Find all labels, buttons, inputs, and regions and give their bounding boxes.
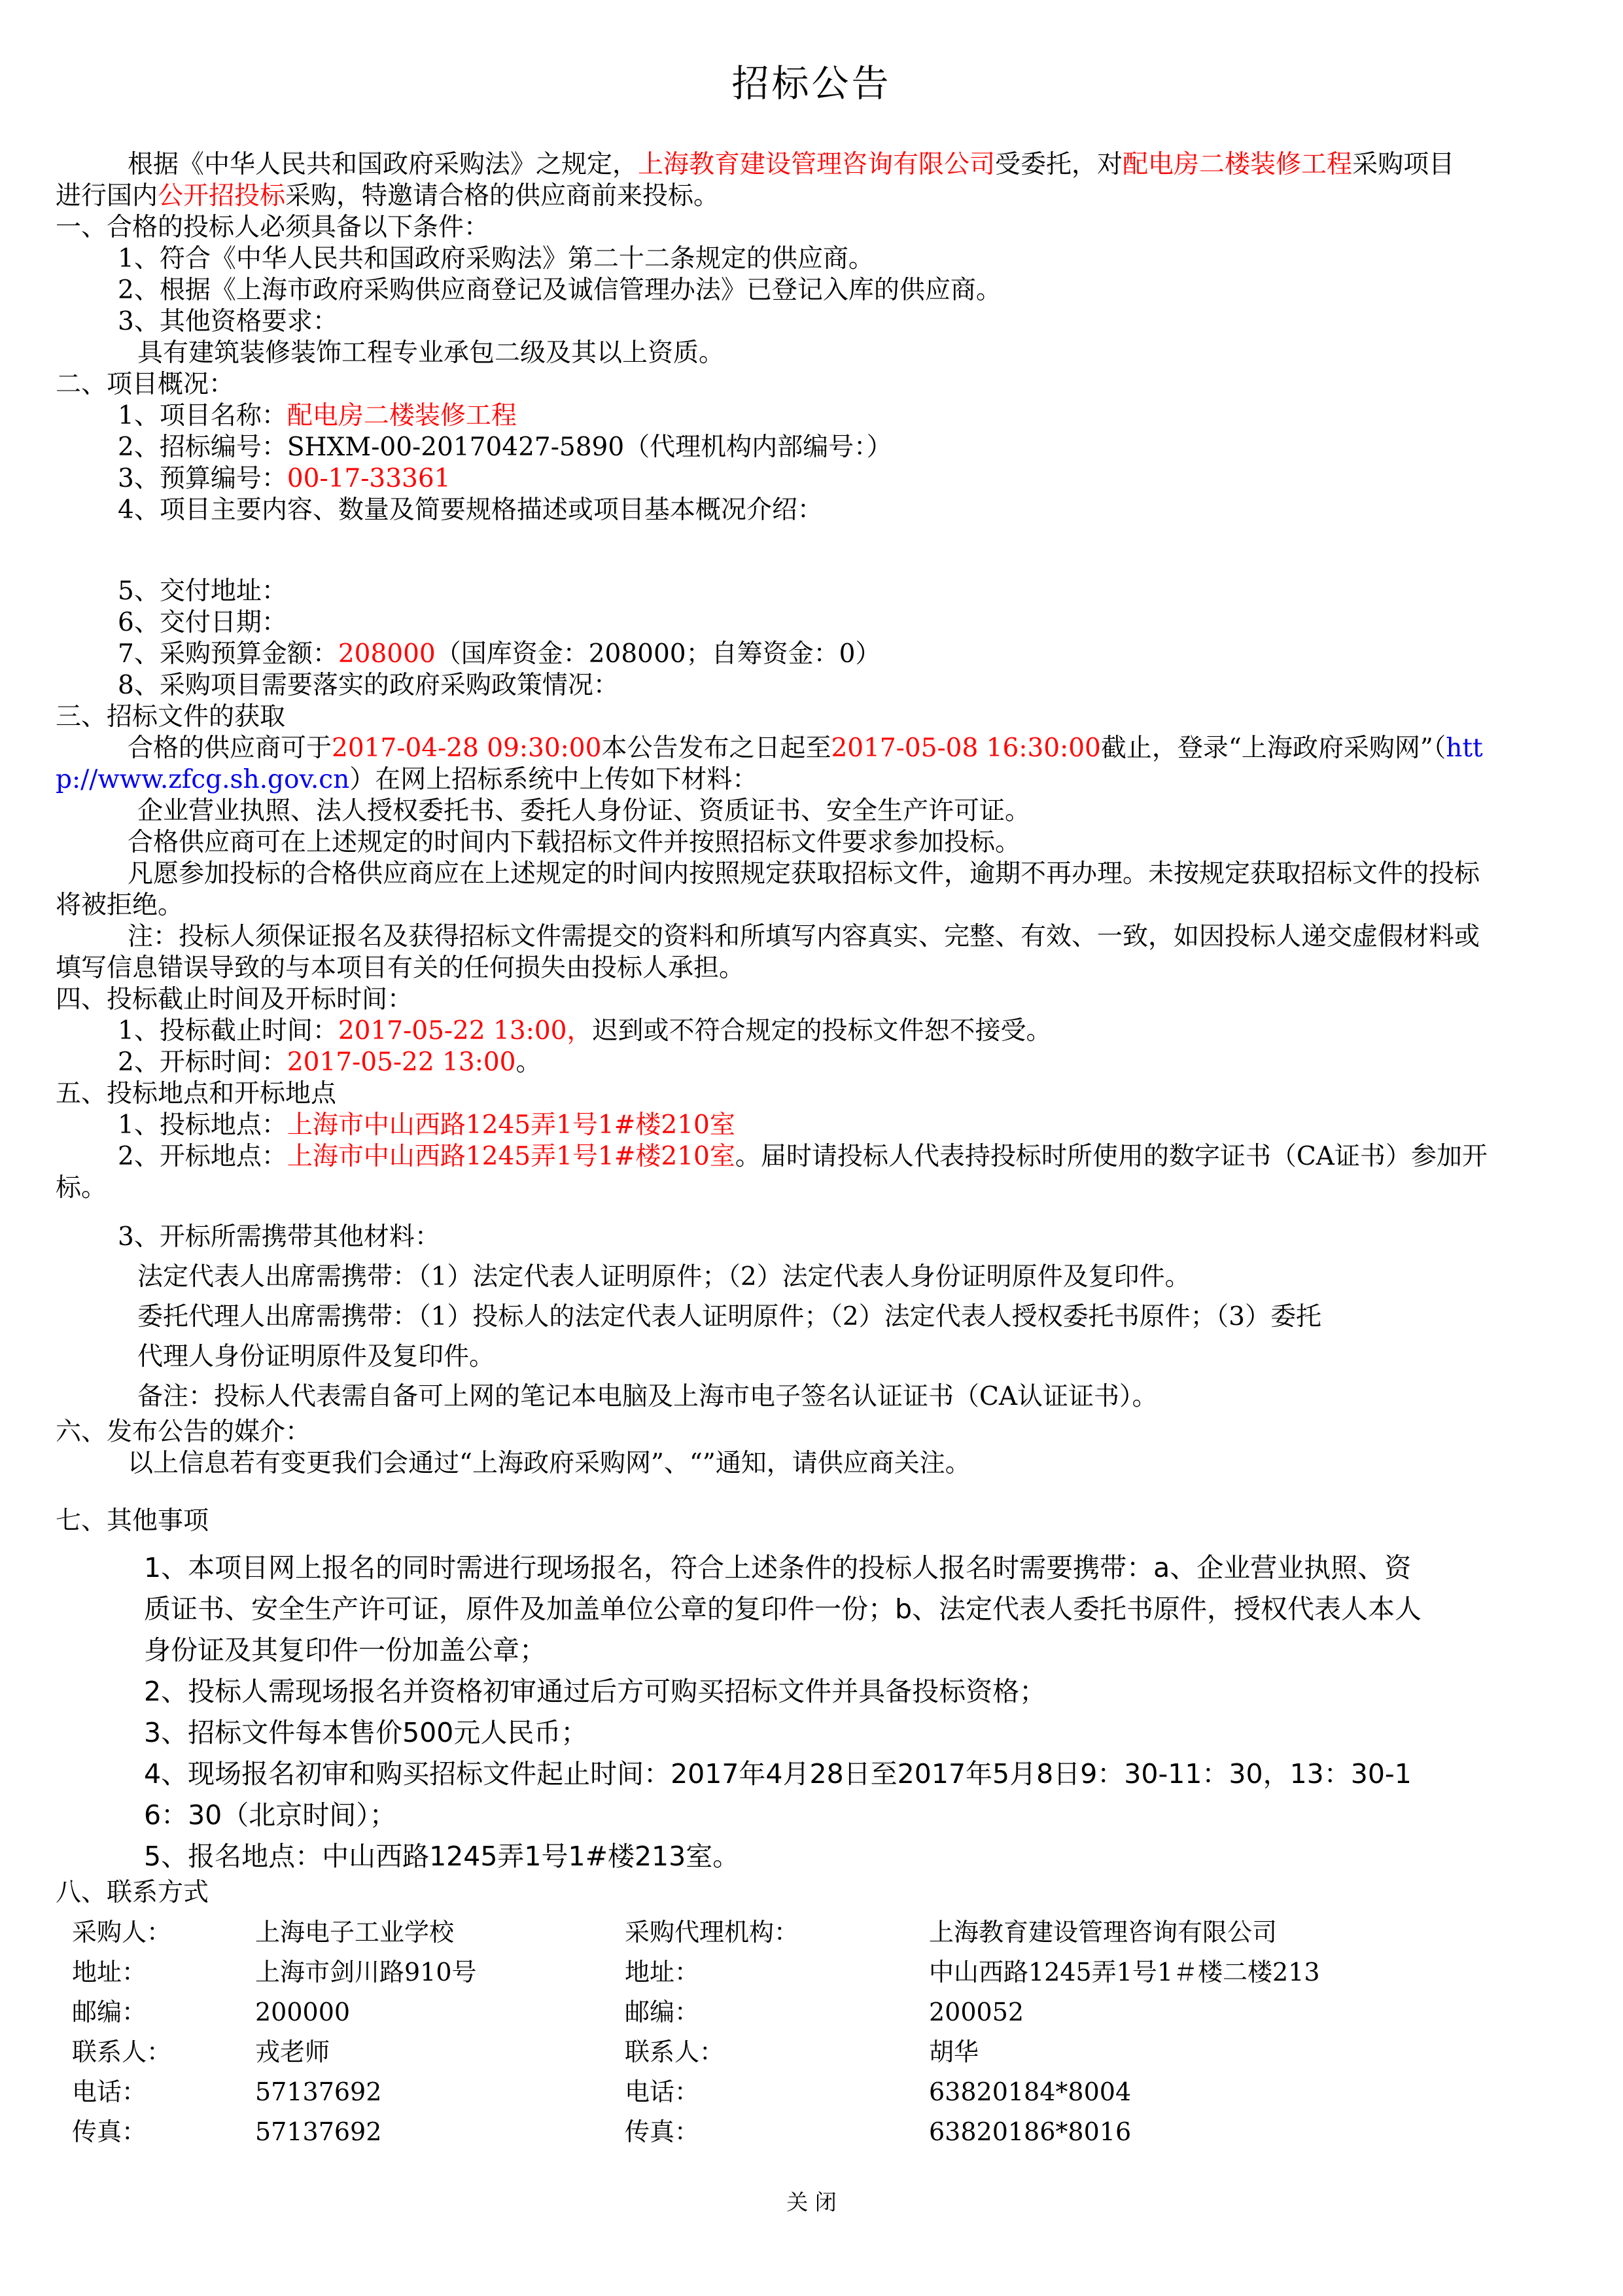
text-line: 凡愿参加投标的合格供应商应在上述规定的时间内按照规定获取招标文件，逾期不再办理。… [56, 858, 1567, 890]
text: 3、其他资格要求： [118, 307, 338, 336]
contact-value: 57137692 [255, 2072, 625, 2112]
text: 八、联系方式 [56, 1878, 209, 1907]
text: 委托代理人出席需携带：（1）投标人的法定代表人证明原件；（2）法定代表人授权委托… [137, 1302, 1321, 1332]
text: 2、根据《上海市政府采购供应商登记及诚信管理办法》已登记入库的供应商。 [118, 275, 1002, 305]
spacer [56, 1204, 1567, 1217]
text: 1、投标地点： [118, 1110, 287, 1140]
text-line: 3、开标所需携带其他材料： [56, 1217, 1567, 1257]
close-button[interactable]: 关 闭 [786, 2189, 837, 2215]
text: 迟到或不符合规定的投标文件恕不接受。 [592, 1016, 1051, 1046]
contact-value: 63820186*8016 [929, 2112, 1567, 2152]
contact-table: 采购人：上海电子工业学校采购代理机构：上海教育建设管理咨询有限公司地址：上海市剑… [56, 1913, 1567, 2152]
text: 2、开标地点： [118, 1142, 287, 1171]
text-line: 标。 [56, 1173, 1567, 1204]
text: 1、符合《中华人民共和国政府采购法》第二十二条规定的供应商。 [118, 244, 874, 274]
text: 本公告发布之日起至 [601, 733, 831, 763]
contact-label: 电话： [56, 2072, 255, 2112]
text: 1、本项目网上报名的同时需进行现场报名，符合上述条件的投标人报名时需要携带：a、… [144, 1552, 1411, 1583]
contact-label: 邮编： [625, 1992, 929, 2032]
text: 填写信息错误导致的与本项目有关的任何损失由投标人承担。 [56, 953, 744, 983]
highlight-text: 2017-04-28 09:30:00 [332, 733, 601, 763]
text: 7、采购预算金额： [118, 639, 338, 669]
text: 2、招标编号：SHXM-00-20170427-5890（代理机构内部编号：） [118, 433, 892, 462]
text: 三、招标文件的获取 [56, 702, 285, 732]
text-line: 委托代理人出席需携带：（1）投标人的法定代表人证明原件；（2）法定代表人授权委托… [56, 1297, 1567, 1337]
text-line: 2、招标编号：SHXM-00-20170427-5890（代理机构内部编号：） [56, 432, 1567, 463]
text: 1、投标截止时间： [118, 1016, 338, 1046]
text: 。届时请投标人代表持投标时所使用的数字证书（CA证书）参加开 [735, 1142, 1488, 1171]
text-line: p://www.zfcg.sh.gov.cn）在网上招标系统中上传如下材料： [56, 764, 1567, 796]
text-line: 5、报名地点：中山西路1245弄1号1#楼213室。 [56, 1836, 1567, 1877]
text-line: 1、符合《中华人民共和国政府采购法》第二十二条规定的供应商。 [56, 243, 1567, 275]
text-line: 五、投标地点和开标地点 [56, 1078, 1567, 1110]
text-line: 合格供应商可在上述规定的时间内下载招标文件并按照招标文件要求参加投标。 [56, 827, 1567, 858]
text: ）在网上招标系统中上传如下材料： [349, 765, 758, 794]
contact-label: 传真： [625, 2112, 929, 2152]
zfcg-url-link[interactable]: p://www.zfcg.sh.gov.cn [56, 765, 349, 794]
text-line: 注：投标人须保证报名及获得招标文件需提交的资料和所填写内容真实、完整、有效、一致… [56, 921, 1567, 953]
text-line: 5、交付地址： [56, 576, 1567, 607]
text: 凡愿参加投标的合格供应商应在上述规定的时间内按照规定获取招标文件，逾期不再办理。… [128, 859, 1480, 889]
text-line: 1、本项目网上报名的同时需进行现场报名，符合上述条件的投标人报名时需要携带：a、… [56, 1547, 1567, 1589]
text: 身份证及其复印件一份加盖公章； [144, 1634, 546, 1666]
close-bar: 关 闭 [56, 2188, 1567, 2217]
text-line: 4、项目主要内容、数量及简要规格描述或项目基本概况介绍： [56, 495, 1567, 526]
text-line: 6、交付日期： [56, 607, 1567, 639]
highlight-text: 上海教育建设管理咨询有限公司 [638, 150, 995, 179]
text-line: 四、投标截止时间及开标时间： [56, 984, 1567, 1016]
text-line: 2、根据《上海市政府采购供应商登记及诚信管理办法》已登记入库的供应商。 [56, 275, 1567, 306]
highlight-text: 公开招投标 [158, 181, 285, 211]
text-line: 代理人身份证明原件及复印件。 [56, 1337, 1567, 1377]
highlight-text: 00-17-33361 [287, 464, 451, 493]
text: 3、开标所需携带其他材料： [118, 1222, 440, 1252]
text-line: 企业营业执照、法人授权委托书、委托人身份证、资质证书、安全生产许可证。 [56, 796, 1567, 827]
text: 。 [515, 1048, 541, 1077]
highlight-text: 2017-05-22 13:00， [338, 1016, 593, 1046]
highlight-text: 2017-05-08 16:30:00 [831, 733, 1100, 763]
text-line: 3、预算编号：00-17-33361 [56, 463, 1567, 495]
contact-value: 57137692 [255, 2112, 625, 2152]
text: 合格的供应商可于 [128, 733, 332, 763]
text: 4、项目主要内容、数量及简要规格描述或项目基本概况介绍： [118, 495, 823, 525]
text: 法定代表人出席需携带：（1）法定代表人证明原件；（2）法定代表人身份证明原件及复… [137, 1262, 1191, 1292]
contact-value: 200000 [255, 1992, 625, 2032]
contact-row: 采购人：上海电子工业学校采购代理机构：上海教育建设管理咨询有限公司 [56, 1913, 1567, 1952]
text-line: 进行国内公开招投标采购，特邀请合格的供应商前来投标。 [56, 181, 1567, 212]
contact-label: 邮编： [56, 1992, 255, 2032]
contact-label: 采购代理机构： [625, 1913, 929, 1952]
text: 六、发布公告的媒介： [56, 1417, 311, 1447]
text: 一、合格的投标人必须具备以下条件： [56, 213, 489, 242]
spacer [56, 526, 1567, 576]
text-line: 3、招标文件每本售价500元人民币； [56, 1712, 1567, 1754]
text-line: 填写信息错误导致的与本项目有关的任何损失由投标人承担。 [56, 953, 1567, 984]
text: 采购，特邀请合格的供应商前来投标。 [285, 181, 719, 211]
text-line: 合格的供应商可于2017-04-28 09:30:00本公告发布之日起至2017… [56, 733, 1567, 764]
text: 6：30（北京时间）； [144, 1799, 396, 1831]
text: 备注：投标人代表需自备可上网的笔记本电脑及上海市电子签名认证证书（CA认证证书）… [137, 1382, 1158, 1411]
text: 4、现场报名初审和购买招标文件起止时间：2017年4月28日至2017年5月8日… [144, 1758, 1412, 1790]
contact-label: 联系人： [625, 2032, 929, 2072]
text-line: 2、开标时间：2017-05-22 13:00。 [56, 1047, 1567, 1078]
text-line: 一、合格的投标人必须具备以下条件： [56, 212, 1567, 243]
text: 以上信息若有变更我们会通过“上海政府采购网”、“”通知，请供应商关注。 [128, 1449, 971, 1478]
contact-label: 联系人： [56, 2032, 255, 2072]
contact-label: 地址： [56, 1952, 255, 1992]
text-line: 2、投标人需现场报名并资格初审通过后方可购买招标文件并具备投标资格； [56, 1671, 1567, 1712]
contact-label: 传真： [56, 2112, 255, 2152]
contact-row: 地址：上海市剑川路910号地址：中山西路1245弄1号1＃楼二楼213 [56, 1952, 1567, 1992]
text-line: 根据《中华人民共和国政府采购法》之规定，上海教育建设管理咨询有限公司受委托，对配… [56, 149, 1567, 181]
zfcg-url-link[interactable]: htt [1446, 733, 1482, 763]
contact-value: 上海市剑川路910号 [255, 1952, 625, 1992]
contact-row: 邮编：200000邮编：200052 [56, 1992, 1567, 2032]
text-line: 1、投标截止时间：2017-05-22 13:00，迟到或不符合规定的投标文件恕… [56, 1016, 1567, 1047]
text-line: 以上信息若有变更我们会通过“上海政府采购网”、“”通知，请供应商关注。 [56, 1448, 1567, 1479]
text-line: 质证书、安全生产许可证，原件及加盖单位公章的复印件一份；b、法定代表人委托书原件… [56, 1589, 1567, 1630]
spacer [56, 1479, 1567, 1506]
text: 受委托，对 [995, 150, 1123, 179]
text-line: 备注：投标人代表需自备可上网的笔记本电脑及上海市电子签名认证证书（CA认证证书）… [56, 1377, 1567, 1417]
contact-label: 电话： [625, 2072, 929, 2112]
text: 将被拒绝。 [56, 891, 183, 920]
text-line: 三、招标文件的获取 [56, 701, 1567, 733]
text: 具有建筑装修装饰工程专业承包二级及其以上资质。 [137, 338, 724, 368]
text: 采购项目 [1352, 150, 1454, 179]
text-line: 8、采购项目需要落实的政府采购政策情况： [56, 670, 1567, 701]
text-line: 6：30（北京时间）； [56, 1795, 1567, 1836]
text: 标。 [56, 1173, 107, 1203]
text-line: 将被拒绝。 [56, 890, 1567, 921]
contact-value: 中山西路1245弄1号1＃楼二楼213 [929, 1952, 1567, 1992]
text-line: 法定代表人出席需携带：（1）法定代表人证明原件；（2）法定代表人身份证明原件及复… [56, 1257, 1567, 1297]
contact-value: 胡华 [929, 2032, 1567, 2072]
highlight-text: 配电房二楼装修工程 [287, 401, 517, 431]
text-line: 3、其他资格要求： [56, 306, 1567, 338]
text: 七、其他事项 [56, 1506, 209, 1536]
highlight-text: 上海市中山西路1245弄1号1#楼210室 [287, 1110, 735, 1140]
highlight-text: 上海市中山西路1245弄1号1#楼210室 [287, 1142, 735, 1171]
text: 1、项目名称： [118, 401, 287, 431]
contact-row: 传真：57137692传真：63820186*8016 [56, 2112, 1567, 2152]
text: 二、项目概况： [56, 370, 234, 399]
contact-value: 上海教育建设管理咨询有限公司 [929, 1913, 1567, 1952]
text-line: 1、项目名称：配电房二楼装修工程 [56, 400, 1567, 432]
text: 进行国内 [56, 181, 158, 211]
contact-label: 采购人： [56, 1913, 255, 1952]
text: 五、投标地点和开标地点 [56, 1079, 336, 1108]
text-line: 六、发布公告的媒介： [56, 1417, 1567, 1448]
contact-value: 戎老师 [255, 2032, 625, 2072]
text: 3、预算编号： [118, 464, 287, 493]
spacer [56, 1537, 1567, 1547]
text: （国库资金：208000；自筹资金：0） [436, 639, 881, 669]
page-title: 招标公告 [56, 0, 1567, 105]
text: 截止，登录“上海政府采购网”（ [1101, 733, 1446, 763]
text: 合格供应商可在上述规定的时间内下载招标文件并按照招标文件要求参加投标。 [128, 828, 1021, 857]
text: 质证书、安全生产许可证，原件及加盖单位公章的复印件一份；b、法定代表人委托书原件… [144, 1593, 1422, 1625]
text-line: 7、采购预算金额：208000（国库资金：208000；自筹资金：0） [56, 639, 1567, 670]
text: 注：投标人须保证报名及获得招标文件需提交的资料和所填写内容真实、完整、有效、一致… [128, 922, 1480, 951]
text-line: 身份证及其复印件一份加盖公章； [56, 1630, 1567, 1671]
highlight-text: 配电房二楼装修工程 [1123, 150, 1352, 179]
text: 2、开标时间： [118, 1048, 287, 1077]
contact-value: 63820184*8004 [929, 2072, 1567, 2112]
contact-row: 联系人：戎老师联系人：胡华 [56, 2032, 1567, 2072]
text: 代理人身份证明原件及复印件。 [137, 1342, 495, 1371]
text-line: 七、其他事项 [56, 1506, 1567, 1537]
contact-row: 电话：57137692电话：63820184*8004 [56, 2072, 1567, 2112]
highlight-text: 2017-05-22 13:00 [287, 1048, 516, 1077]
contact-value: 上海电子工业学校 [255, 1913, 625, 1952]
text-line: 2、开标地点：上海市中山西路1245弄1号1#楼210室。届时请投标人代表持投标… [56, 1141, 1567, 1173]
text-line: 具有建筑装修装饰工程专业承包二级及其以上资质。 [56, 338, 1567, 369]
contact-value: 200052 [929, 1992, 1567, 2032]
text: 企业营业执照、法人授权委托书、委托人身份证、资质证书、安全生产许可证。 [137, 796, 1030, 826]
text: 5、交付地址： [118, 576, 287, 606]
announcement-body: 根据《中华人民共和国政府采购法》之规定，上海教育建设管理咨询有限公司受委托，对配… [56, 149, 1567, 1909]
text: 2、投标人需现场报名并资格初审通过后方可购买招标文件并具备投标资格； [144, 1676, 1046, 1707]
document-page: 招标公告 根据《中华人民共和国政府采购法》之规定，上海教育建设管理咨询有限公司受… [0, 0, 1623, 2217]
text-line: 二、项目概况： [56, 369, 1567, 400]
highlight-text: 208000 [338, 639, 436, 669]
text: 3、招标文件每本售价500元人民币； [144, 1717, 587, 1748]
text: 四、投标截止时间及开标时间： [56, 985, 413, 1014]
text-line: 1、投标地点：上海市中山西路1245弄1号1#楼210室 [56, 1110, 1567, 1141]
text-line: 4、现场报名初审和购买招标文件起止时间：2017年4月28日至2017年5月8日… [56, 1754, 1567, 1795]
text: 根据《中华人民共和国政府采购法》之规定， [128, 150, 638, 179]
text-line: 八、联系方式 [56, 1877, 1567, 1909]
text: 6、交付日期： [118, 608, 287, 637]
text: 5、报名地点：中山西路1245弄1号1#楼213室。 [144, 1841, 739, 1872]
contact-label: 地址： [625, 1952, 929, 1992]
text: 8、采购项目需要落实的政府采购政策情况： [118, 671, 619, 700]
